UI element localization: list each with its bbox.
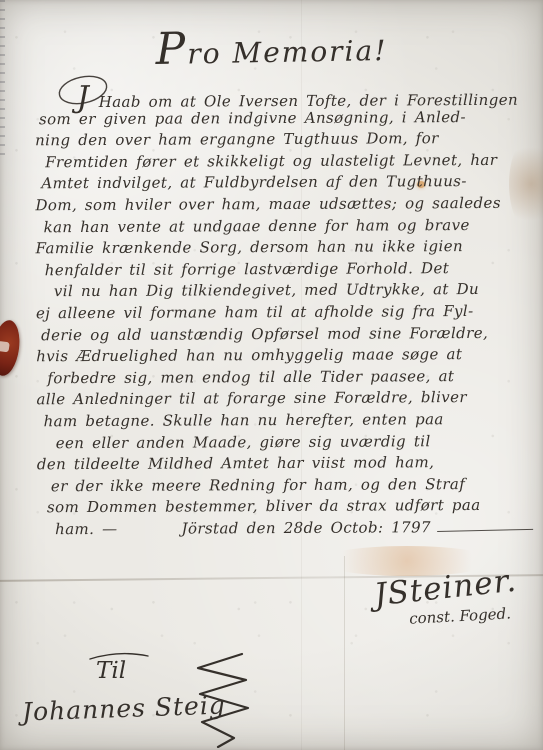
address-recipient: Johannes Steig	[22, 690, 227, 726]
wax-seal-highlight	[0, 341, 10, 353]
body-line: Amtet indvilget, at Fuldbyrdelsen af den…	[35, 171, 524, 195]
body-line: ej alleene vil formane ham til at afhold…	[36, 301, 525, 325]
closing-word: ham. —	[55, 519, 117, 541]
body-line: vil nu han Dig tilkiendegivet, med Udtry…	[36, 279, 525, 303]
signature-block: JSteiner. const. Foged.	[374, 570, 517, 626]
letter-scan: Pro Memoria! J Haab om at Ole Iversen To…	[0, 0, 543, 750]
vertical-fold-crease	[344, 556, 345, 750]
binding-edge-marks	[0, 0, 5, 160]
body-line: som er given paa den indgivne Ansøgning,…	[35, 106, 524, 130]
wax-seal-remnant	[0, 318, 23, 377]
body-line: henfalder til sit forrige lastværdige Fo…	[36, 257, 525, 281]
body-line: den tildeelte Mildhed Amtet har viist mo…	[37, 452, 526, 476]
rust-stain-dateline	[318, 546, 496, 576]
body-line: Fremtiden fører et skikkeligt og ulastel…	[35, 150, 524, 174]
body-line: hvis Ædruelighed han nu omhyggelig maae …	[36, 344, 525, 368]
body-line: Dom, som hviler over ham, maae udsættes;…	[35, 193, 524, 217]
body-line: een eller anden Maade, giøre sig uværdig…	[37, 430, 526, 454]
body-line: alle Anledninger til at forarge sine For…	[36, 387, 525, 411]
body-line: som Dommen bestemmer, bliver da strax ud…	[37, 495, 526, 519]
zigzag-flourish	[188, 648, 254, 748]
dash-flourish	[437, 529, 533, 532]
body-line: derie og ald uanstændig Opførsel mod sin…	[36, 322, 525, 346]
letter-body: J Haab om at Ole Iversen Tofte, der i Fo…	[35, 85, 526, 541]
til-overline-flourish	[88, 650, 150, 662]
address-salutation: Til	[96, 658, 126, 684]
body-line: er der ikke meere Redning for ham, og de…	[37, 473, 526, 497]
page-title: Pro Memoria!	[0, 17, 543, 77]
dateline: Jörstad den 28de Octob: 1797	[181, 517, 431, 540]
body-line: ham betagne. Skulle han nu herefter, ent…	[37, 409, 526, 433]
body-line: ning den over ham ergangne Tugthuus Dom,…	[35, 128, 524, 152]
date-row: ham. — Jörstad den 28de Octob: 1797	[37, 517, 526, 541]
body-line: forbedre sig, men endog til alle Tider p…	[36, 365, 525, 389]
body-line: J Haab om at Ole Iversen Tofte, der i Fo…	[35, 85, 524, 109]
body-line: kan han vente at undgaae denne for ham o…	[35, 214, 524, 238]
body-line: Familie krænkende Sorg, dersom han nu ik…	[36, 236, 525, 260]
